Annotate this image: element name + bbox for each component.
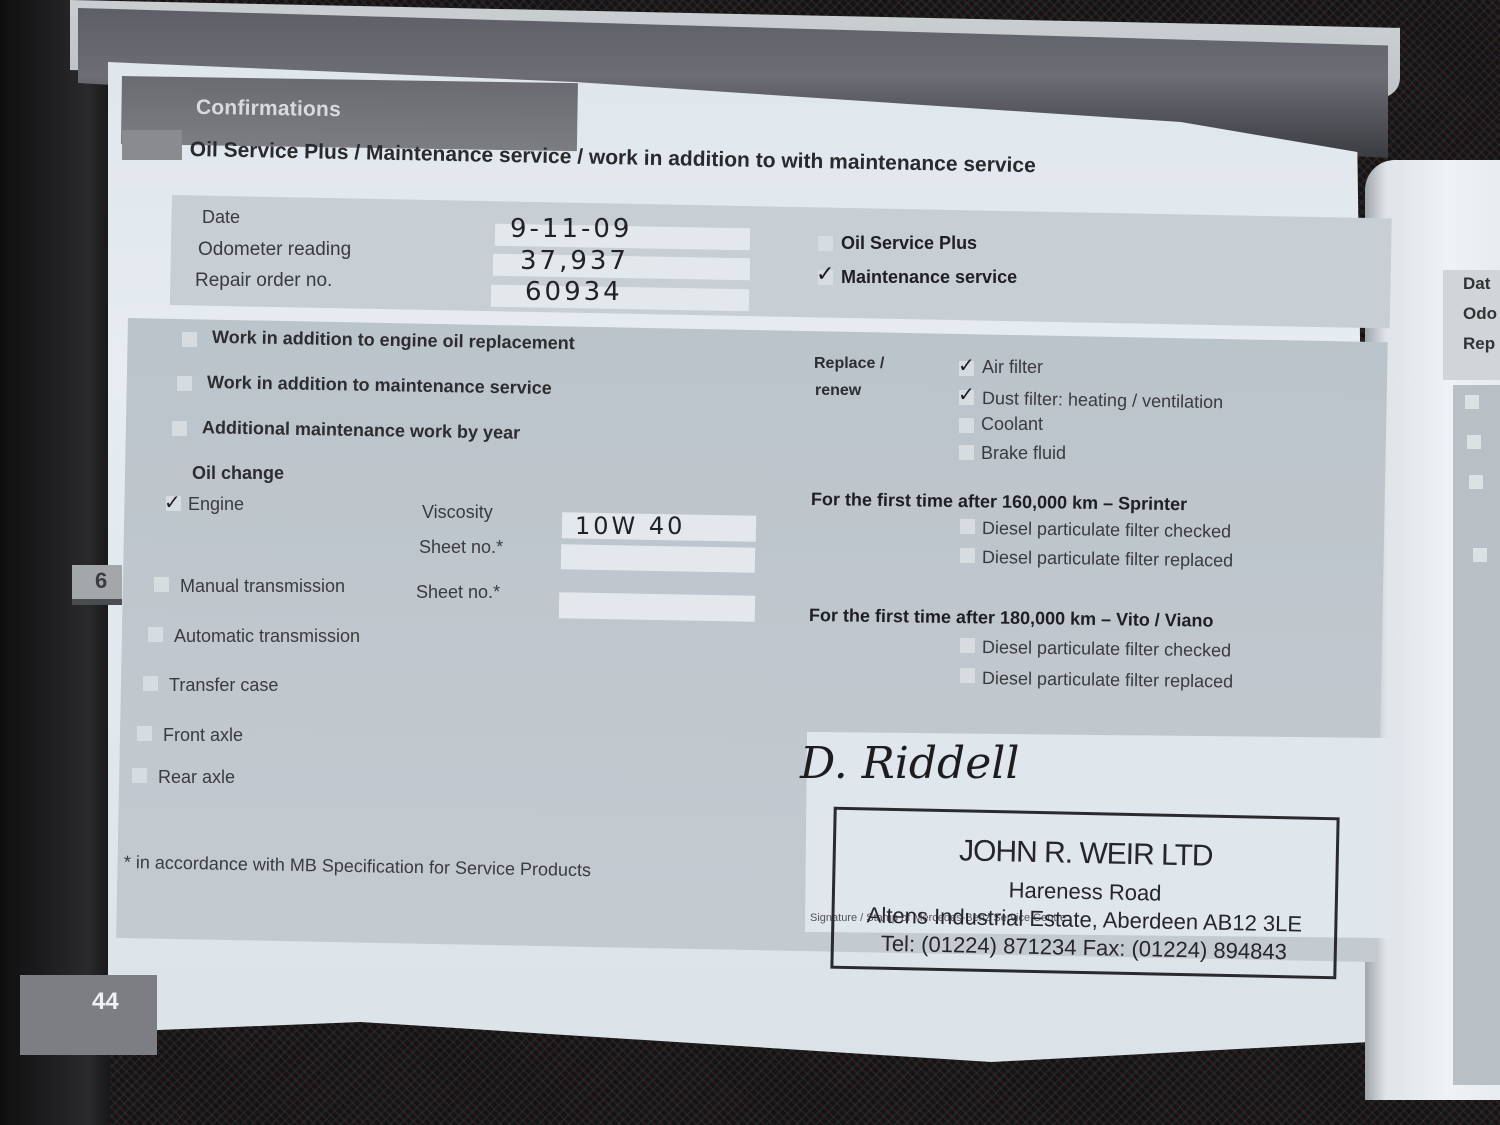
- oil-service-plus-checkbox[interactable]: [818, 236, 833, 251]
- front-axle-checkbox[interactable]: [137, 726, 152, 741]
- vito-dpf-replaced-checkbox[interactable]: [960, 668, 975, 683]
- next-page-repair-fragment: Rep: [1463, 334, 1495, 354]
- transfer-case-checkbox[interactable]: [143, 676, 158, 691]
- check-mark-icon: ✓: [164, 492, 181, 512]
- brake-fluid-label: Brake fluid: [981, 443, 1066, 464]
- odometer-value: 37,937: [520, 246, 629, 276]
- automatic-transmission-checkbox[interactable]: [148, 627, 163, 642]
- checkbox[interactable]: [1473, 548, 1487, 562]
- replace-renew-label-line2: renew: [815, 382, 861, 400]
- date-value: 9-11-09: [510, 214, 632, 244]
- page-number: 44: [92, 988, 119, 1016]
- checkbox[interactable]: [1467, 435, 1481, 449]
- vito-dpf-replaced-label: Diesel particulate filter replaced: [982, 668, 1233, 693]
- oil-service-plus-label: Oil Service Plus: [841, 233, 977, 254]
- section-tab-marker: [122, 130, 182, 160]
- record-panel: [170, 195, 1392, 328]
- checkbox[interactable]: [1465, 395, 1479, 409]
- coolant-checkbox[interactable]: [959, 418, 974, 433]
- check-mark-icon: ✓: [958, 355, 975, 375]
- chapter-number: 6: [95, 568, 107, 594]
- manual-sheet-no-field[interactable]: [559, 592, 755, 621]
- viscosity-label: Viscosity: [422, 502, 493, 523]
- page-number-tab: [20, 975, 157, 1055]
- next-page-date-fragment: Dat: [1463, 274, 1490, 294]
- repair-order-value: 60934: [525, 277, 623, 307]
- air-filter-label: Air filter: [982, 357, 1043, 378]
- dust-filter-label: Dust filter: heating / ventilation: [982, 388, 1223, 413]
- stamp-company: JOHN R. WEIR LTD: [836, 832, 1337, 876]
- odometer-label: Odometer reading: [198, 239, 351, 261]
- handwritten-signature: D. Riddell: [800, 738, 1019, 789]
- maintenance-service-label: Maintenance service: [841, 267, 1017, 288]
- date-label: Date: [202, 207, 240, 228]
- section-title: Confirmations: [196, 96, 341, 122]
- dealer-stamp: JOHN R. WEIR LTD Hareness Road Altens In…: [830, 807, 1339, 980]
- work-maintenance-checkbox[interactable]: [177, 376, 192, 391]
- rear-axle-label: Rear axle: [158, 767, 235, 788]
- engine-label: Engine: [188, 494, 244, 515]
- sheet-no-field[interactable]: [561, 544, 755, 572]
- automatic-transmission-label: Automatic transmission: [174, 626, 360, 647]
- sprinter-dpf-checked-checkbox[interactable]: [960, 519, 975, 534]
- manual-transmission-label: Manual transmission: [180, 576, 345, 597]
- check-mark-icon: ✓: [816, 264, 834, 286]
- vito-dpf-checked-checkbox[interactable]: [960, 638, 975, 653]
- binder-cover: [0, 0, 110, 1125]
- manual-sheet-no-label: Sheet no.*: [416, 582, 500, 603]
- repair-order-label: Repair order no.: [195, 270, 332, 292]
- replace-renew-label-line1: Replace /: [814, 355, 884, 373]
- sprinter-dpf-checked-label: Diesel particulate filter checked: [982, 518, 1231, 542]
- rear-axle-checkbox[interactable]: [132, 768, 147, 783]
- next-page-odometer-fragment: Odo: [1463, 304, 1497, 324]
- brake-fluid-checkbox[interactable]: [959, 445, 974, 460]
- sprinter-dpf-replaced-checkbox[interactable]: [960, 548, 975, 563]
- coolant-label: Coolant: [981, 414, 1043, 435]
- front-axle-label: Front axle: [163, 725, 243, 746]
- checkbox[interactable]: [1469, 475, 1483, 489]
- check-mark-icon: ✓: [958, 384, 975, 404]
- additional-work-checkbox[interactable]: [172, 421, 187, 436]
- manual-transmission-checkbox[interactable]: [154, 577, 169, 592]
- vito-dpf-checked-label: Diesel particulate filter checked: [982, 637, 1231, 661]
- work-engine-oil-checkbox[interactable]: [182, 332, 197, 347]
- sheet-no-label: Sheet no.*: [419, 537, 503, 558]
- next-page-body-panel: [1453, 385, 1500, 1085]
- sprinter-dpf-replaced-label: Diesel particulate filter replaced: [982, 547, 1233, 572]
- transfer-case-label: Transfer case: [169, 675, 278, 696]
- oil-change-heading: Oil change: [192, 463, 284, 484]
- viscosity-value: 10W 40: [575, 512, 685, 540]
